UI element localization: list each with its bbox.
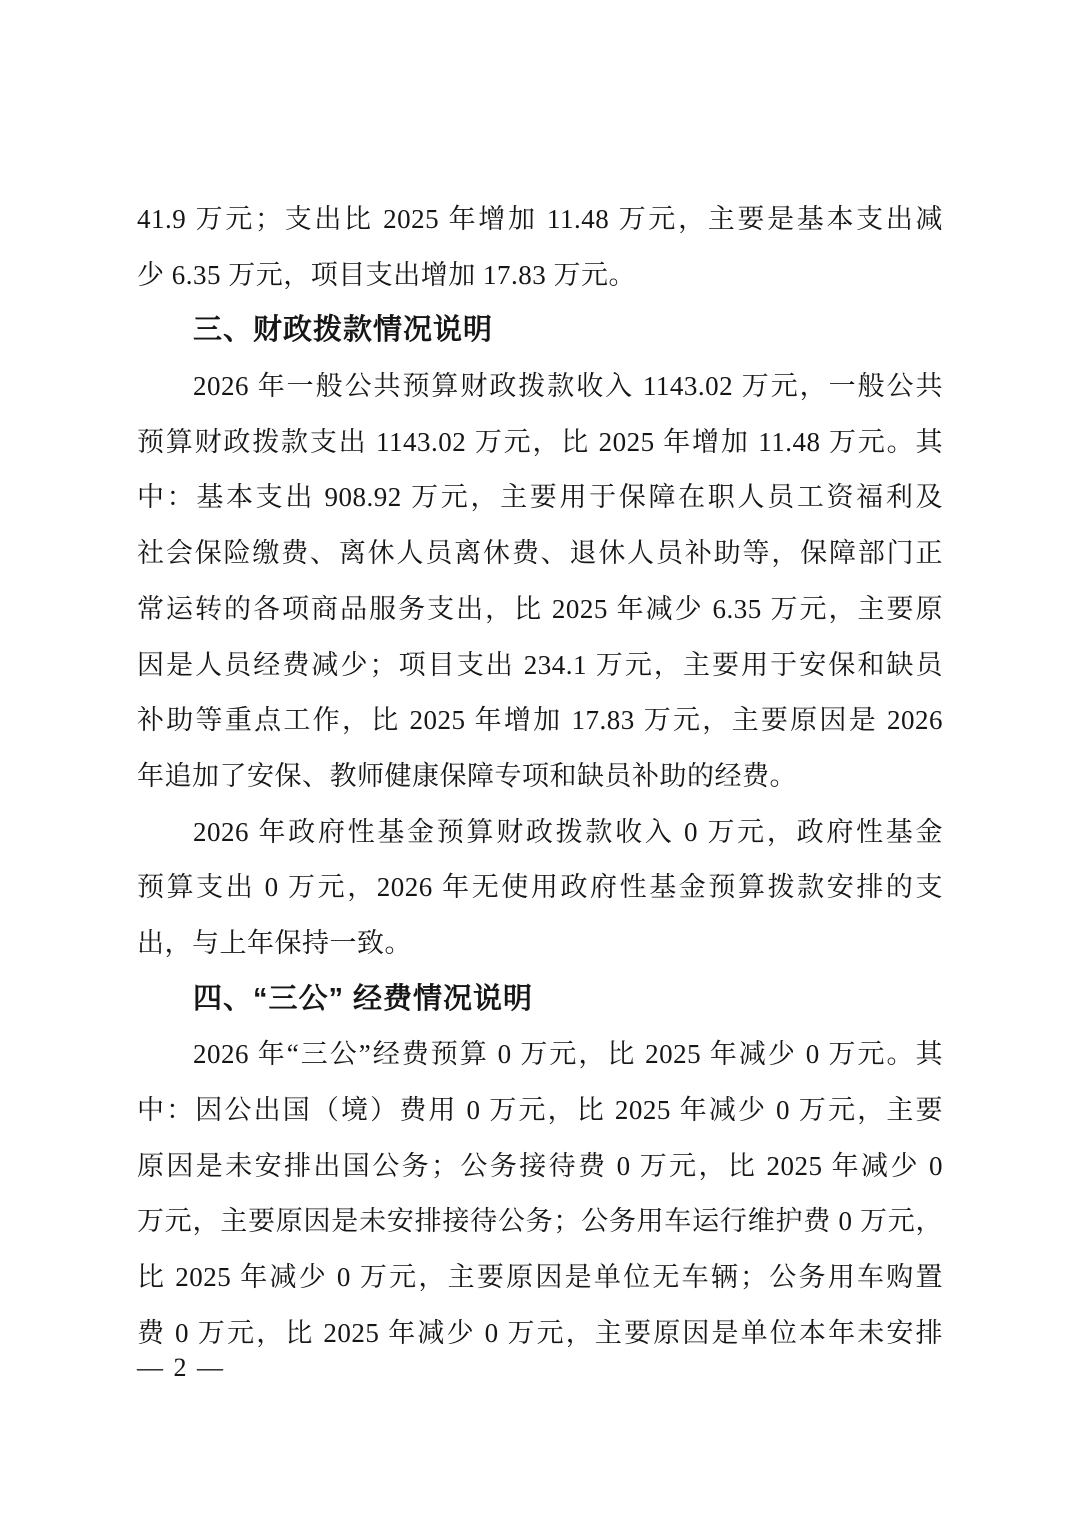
text-line: 中：因公出国（境）费用 0 万元，比 2025 年减少 0 万元，主要 — [137, 1083, 943, 1139]
page-number: — 2 — — [137, 1353, 225, 1382]
section-heading: 四、“三公” 经费情况说明 — [137, 972, 943, 1028]
document-page: 41.9 万元；支出比 2025 年增加 11.48 万元，主要是基本支出减少 … — [0, 0, 1074, 1520]
text-line: 中：基本支出 908.92 万元，主要用于保障在职人员工资福利及 — [137, 470, 943, 526]
text-line: 年追加了安保、教师健康保障专项和缺员补助的经费。 — [137, 749, 943, 805]
text-line: 补助等重点工作，比 2025 年增加 17.83 万元，主要原因是 2026 — [137, 693, 943, 749]
text-line: 万元，主要原因是未安排接待公务；公务用车运行维护费 0 万元， — [137, 1194, 943, 1250]
page-footer: — 2 — — [137, 1348, 225, 1388]
section-heading: 三、财政拨款情况说明 — [137, 303, 943, 359]
text-line: 比 2025 年减少 0 万元，主要原因是单位无车辆；公务用车购置 — [137, 1250, 943, 1306]
text-line: 2026 年一般公共预算财政拨款收入 1143.02 万元，一般公共 — [137, 359, 943, 415]
document-body: 41.9 万元；支出比 2025 年增加 11.48 万元，主要是基本支出减少 … — [137, 192, 943, 1361]
text-line: 41.9 万元；支出比 2025 年增加 11.48 万元，主要是基本支出减 — [137, 192, 943, 248]
text-line: 常运转的各项商品服务支出，比 2025 年减少 6.35 万元，主要原 — [137, 582, 943, 638]
text-line: 预算财政拨款支出 1143.02 万元，比 2025 年增加 11.48 万元。… — [137, 415, 943, 471]
text-line: 原因是未安排出国公务；公务接待费 0 万元，比 2025 年减少 0 — [137, 1139, 943, 1195]
text-line: 预算支出 0 万元，2026 年无使用政府性基金预算拨款安排的支 — [137, 860, 943, 916]
text-line: 2026 年“三公”经费预算 0 万元，比 2025 年减少 0 万元。其 — [137, 1027, 943, 1083]
text-line: 出，与上年保持一致。 — [137, 916, 943, 972]
text-line: 2026 年政府性基金预算财政拨款收入 0 万元，政府性基金 — [137, 805, 943, 861]
text-line: 社会保险缴费、离休人员离休费、退休人员补助等，保障部门正 — [137, 526, 943, 582]
text-line: 费 0 万元，比 2025 年减少 0 万元，主要原因是单位本年未安排 — [137, 1306, 943, 1362]
text-line: 少 6.35 万元，项目支出增加 17.83 万元。 — [137, 248, 943, 304]
text-line: 因是人员经费减少；项目支出 234.1 万元，主要用于安保和缺员 — [137, 638, 943, 694]
